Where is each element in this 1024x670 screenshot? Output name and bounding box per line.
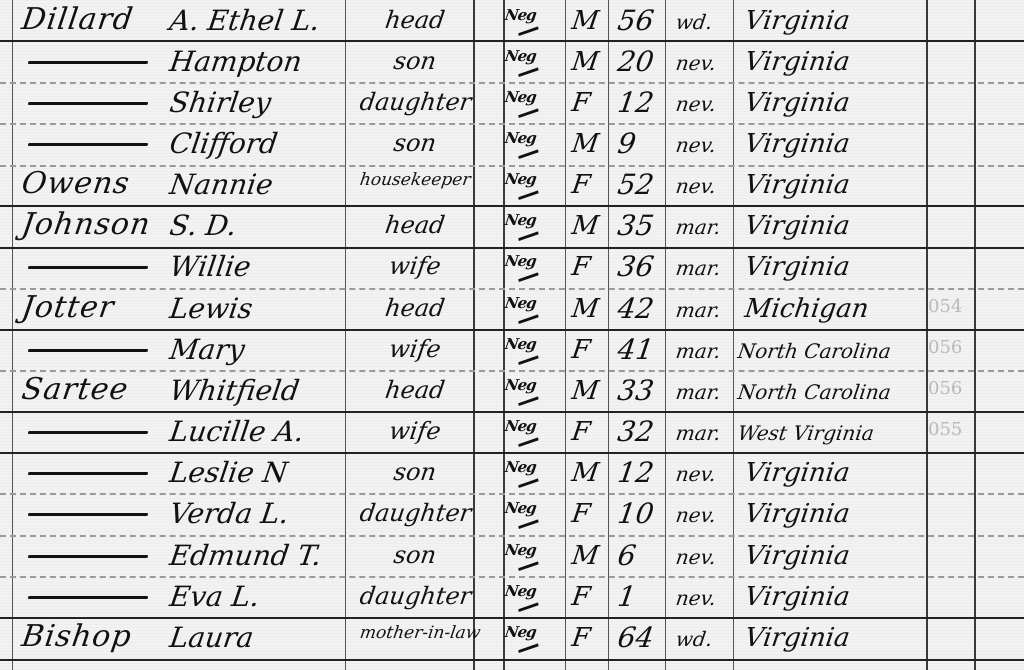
relationship: wife xyxy=(358,335,472,363)
age: 36 xyxy=(616,250,656,283)
given-name: Mary xyxy=(168,333,247,366)
race: Neg xyxy=(504,417,537,435)
coded-value: 056 xyxy=(928,378,962,399)
given-name: Clifford xyxy=(168,127,280,160)
census-entry: DillardA. Ethel L.headNegM56wd.Virginia xyxy=(0,0,1024,41)
sex: F xyxy=(570,623,592,653)
sex: F xyxy=(570,499,592,529)
coded-value: 054 xyxy=(928,296,962,317)
age: 1 xyxy=(616,580,638,613)
age: 10 xyxy=(616,497,656,530)
sex: F xyxy=(570,88,592,118)
relationship: son xyxy=(358,47,472,75)
age: 41 xyxy=(616,333,656,366)
sex: F xyxy=(570,582,592,612)
marital-status: nev. xyxy=(674,586,717,610)
marital-status: nev. xyxy=(674,51,717,75)
census-entry: HamptonsonNegM20nev.Virginia xyxy=(0,41,1024,82)
race: Neg xyxy=(504,252,537,270)
marital-status: mar. xyxy=(674,215,722,239)
relationship: son xyxy=(358,541,472,569)
ditto-mark xyxy=(28,349,148,352)
sex: M xyxy=(570,376,601,406)
birthplace: Virginia xyxy=(743,623,852,653)
birthplace: North Carolina xyxy=(736,380,892,404)
census-entry: Lucille A.wifeNegF32mar.West Virginia055 xyxy=(0,411,1024,452)
birthplace: Virginia xyxy=(743,211,852,241)
sex: M xyxy=(570,129,601,159)
given-name: Hampton xyxy=(168,45,304,78)
ditto-mark xyxy=(28,102,148,105)
birthplace: Virginia xyxy=(743,541,852,571)
age: 12 xyxy=(616,456,656,489)
census-entry: Leslie NsonNegM12nev.Virginia xyxy=(0,452,1024,493)
marital-status: wd. xyxy=(674,627,714,651)
given-name: Willie xyxy=(168,250,253,283)
birthplace: West Virginia xyxy=(736,421,875,445)
birthplace: Virginia xyxy=(743,88,852,118)
marital-status: nev. xyxy=(674,545,717,569)
census-entry: JohnsonS. D.headNegM35mar.Virginia xyxy=(0,205,1024,246)
race: Neg xyxy=(504,129,537,147)
marital-status: mar. xyxy=(674,380,722,404)
ditto-mark xyxy=(28,596,148,599)
surname: Jotter xyxy=(20,290,117,325)
census-entry: BishopLauramother-in-lawNegF64wd.Virgini… xyxy=(0,617,1024,658)
relationship: son xyxy=(358,129,472,157)
given-name: Eva L. xyxy=(168,580,262,613)
sex: F xyxy=(570,170,592,200)
race: Neg xyxy=(504,499,537,517)
surname: Johnson xyxy=(20,207,153,242)
age: 35 xyxy=(616,209,656,242)
given-name: Lewis xyxy=(168,292,255,325)
ditto-mark xyxy=(28,555,148,558)
birthplace: Virginia xyxy=(743,582,852,612)
race: Neg xyxy=(504,6,537,24)
relationship: daughter xyxy=(358,88,472,116)
sex: F xyxy=(570,335,592,365)
census-entry: Verda L.daughterNegF10nev.Virginia xyxy=(0,493,1024,534)
marital-status: wd. xyxy=(674,10,714,34)
surname: Sartee xyxy=(20,372,131,407)
age: 12 xyxy=(616,86,656,119)
marital-status: nev. xyxy=(674,174,717,198)
relationship: head xyxy=(358,6,472,34)
race: Neg xyxy=(504,582,537,600)
given-name: Leslie N xyxy=(168,456,290,489)
relationship: son xyxy=(358,458,472,486)
race: Neg xyxy=(504,170,537,188)
ditto-mark xyxy=(28,431,148,434)
marital-status: mar. xyxy=(674,421,722,445)
given-name: Laura xyxy=(168,621,256,654)
relationship: wife xyxy=(358,417,472,445)
relationship: wife xyxy=(358,252,472,280)
marital-status: nev. xyxy=(674,133,717,157)
race: Neg xyxy=(504,335,537,353)
relationship: housekeeper xyxy=(359,170,472,190)
birthplace: Virginia xyxy=(743,252,852,282)
given-name: Lucille A. xyxy=(168,415,306,448)
coded-value: 055 xyxy=(928,419,962,440)
relationship: head xyxy=(358,211,472,239)
sex: F xyxy=(570,417,592,447)
sex: M xyxy=(570,211,601,241)
surname: Bishop xyxy=(20,619,135,654)
birthplace: Virginia xyxy=(743,47,852,77)
census-entry: JotterLewisheadNegM42mar.Michigan054 xyxy=(0,288,1024,329)
birthplace: Virginia xyxy=(743,170,852,200)
relationship: daughter xyxy=(358,582,472,610)
birthplace: Virginia xyxy=(743,499,852,529)
birthplace: Virginia xyxy=(743,458,852,488)
age: 33 xyxy=(616,374,656,407)
ditto-mark xyxy=(28,61,148,64)
census-entry: Edmund T.sonNegM6nev.Virginia xyxy=(0,535,1024,576)
census-entry: CliffordsonNegM9nev.Virginia xyxy=(0,123,1024,164)
ditto-mark xyxy=(28,143,148,146)
census-entry: OwensNanniehousekeeperNegF52nev.Virginia xyxy=(0,164,1024,205)
ditto-mark xyxy=(28,513,148,516)
census-entry: Eva L.daughterNegF1nev.Virginia xyxy=(0,576,1024,617)
race: Neg xyxy=(504,88,537,106)
coded-value: 056 xyxy=(928,337,962,358)
race: Neg xyxy=(504,541,537,559)
given-name: Edmund T. xyxy=(168,539,324,572)
row-rule xyxy=(0,659,1024,661)
sex: M xyxy=(570,294,601,324)
age: 52 xyxy=(616,168,656,201)
relationship: mother-in-law xyxy=(359,623,472,643)
census-entry: WilliewifeNegF36mar.Virginia xyxy=(0,246,1024,287)
birthplace: North Carolina xyxy=(736,339,892,363)
given-name: Verda L. xyxy=(168,497,291,530)
race: Neg xyxy=(504,376,537,394)
ditto-mark xyxy=(28,266,148,269)
birthplace: Virginia xyxy=(743,6,852,36)
age: 32 xyxy=(616,415,656,448)
race: Neg xyxy=(504,47,537,65)
birthplace: Michigan xyxy=(743,294,871,324)
marital-status: mar. xyxy=(674,256,722,280)
given-name: S. D. xyxy=(168,209,239,242)
birthplace: Virginia xyxy=(743,129,852,159)
census-entry: MarywifeNegF41mar.North Carolina056 xyxy=(0,329,1024,370)
given-name: A. Ethel L. xyxy=(168,4,322,37)
census-entry: SarteeWhitfieldheadNegM33mar.North Carol… xyxy=(0,370,1024,411)
age: 9 xyxy=(616,127,638,160)
age: 42 xyxy=(616,292,656,325)
relationship: head xyxy=(358,294,472,322)
age: 64 xyxy=(616,621,656,654)
marital-status: nev. xyxy=(674,462,717,486)
sex: M xyxy=(570,458,601,488)
surname: Dillard xyxy=(20,2,136,37)
marital-status: mar. xyxy=(674,298,722,322)
age: 6 xyxy=(616,539,638,572)
race: Neg xyxy=(504,294,537,312)
age: 56 xyxy=(616,4,656,37)
census-sheet: DillardA. Ethel L.headNegM56wd.VirginiaH… xyxy=(0,0,1024,670)
surname: Owens xyxy=(20,166,133,201)
sex: M xyxy=(570,6,601,36)
relationship: head xyxy=(358,376,472,404)
race: Neg xyxy=(504,211,537,229)
race: Neg xyxy=(504,458,537,476)
census-entry: ShirleydaughterNegF12nev.Virginia xyxy=(0,82,1024,123)
relationship: daughter xyxy=(358,499,472,527)
marital-status: nev. xyxy=(674,503,717,527)
ditto-mark xyxy=(28,472,148,475)
sex: F xyxy=(570,252,592,282)
race: Neg xyxy=(504,623,537,641)
given-name: Nannie xyxy=(168,168,275,201)
marital-status: nev. xyxy=(674,92,717,116)
given-name: Shirley xyxy=(168,86,274,119)
age: 20 xyxy=(616,45,656,78)
given-name: Whitfield xyxy=(168,374,302,407)
marital-status: mar. xyxy=(674,339,722,363)
sex: M xyxy=(570,47,601,77)
sex: M xyxy=(570,541,601,571)
